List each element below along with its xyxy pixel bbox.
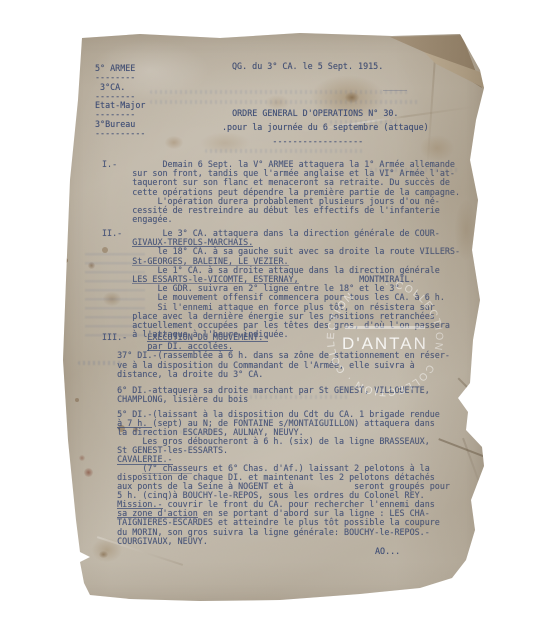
typed-closing: AO... [375,547,400,556]
typed-title: ORDRE GENERAL D'OPERATIONS N° 30. .pour … [222,107,429,148]
bleed-underline [383,90,407,91]
typed-unit-block: 5° ARMEE -------- 3°CA. -------- Etat-Ma… [95,64,145,138]
paper-document: 5° ARMEE -------- 3°CA. -------- Etat-Ma… [60,30,490,608]
typed-underline [117,464,173,465]
typed-underline [132,265,289,266]
typed-underline [132,283,299,284]
typed-mission-paragraph: Mission.- couvrir le front du CA. pour r… [102,500,440,546]
typed-dateline: QG. du 3° CA. le 5 Sept. 1915. [232,62,383,71]
typed-di5-cavalerie-paragraph: 5° DI.-(laissant à la disposition du Cdt… [102,410,450,500]
photo-background: 5° ARMEE -------- 3°CA. -------- Etat-Ma… [0,0,533,635]
typed-underline [142,473,192,474]
typed-underline [117,427,152,428]
typed-section-iii-header: III.- EXECUTION DU MOUVEMENT.- par DI. a… [102,333,450,379]
typed-underline [117,517,198,518]
typed-underline [132,246,253,247]
typed-underline [117,508,163,509]
typed-section-i: I.- Demain 6 Sept. la V° ARMEE attaquera… [102,160,460,224]
typed-underline [147,341,268,342]
typed-di6-paragraph: 6° DI.-attaquera sa droite marchant par … [102,386,430,404]
typed-underline [147,350,233,351]
